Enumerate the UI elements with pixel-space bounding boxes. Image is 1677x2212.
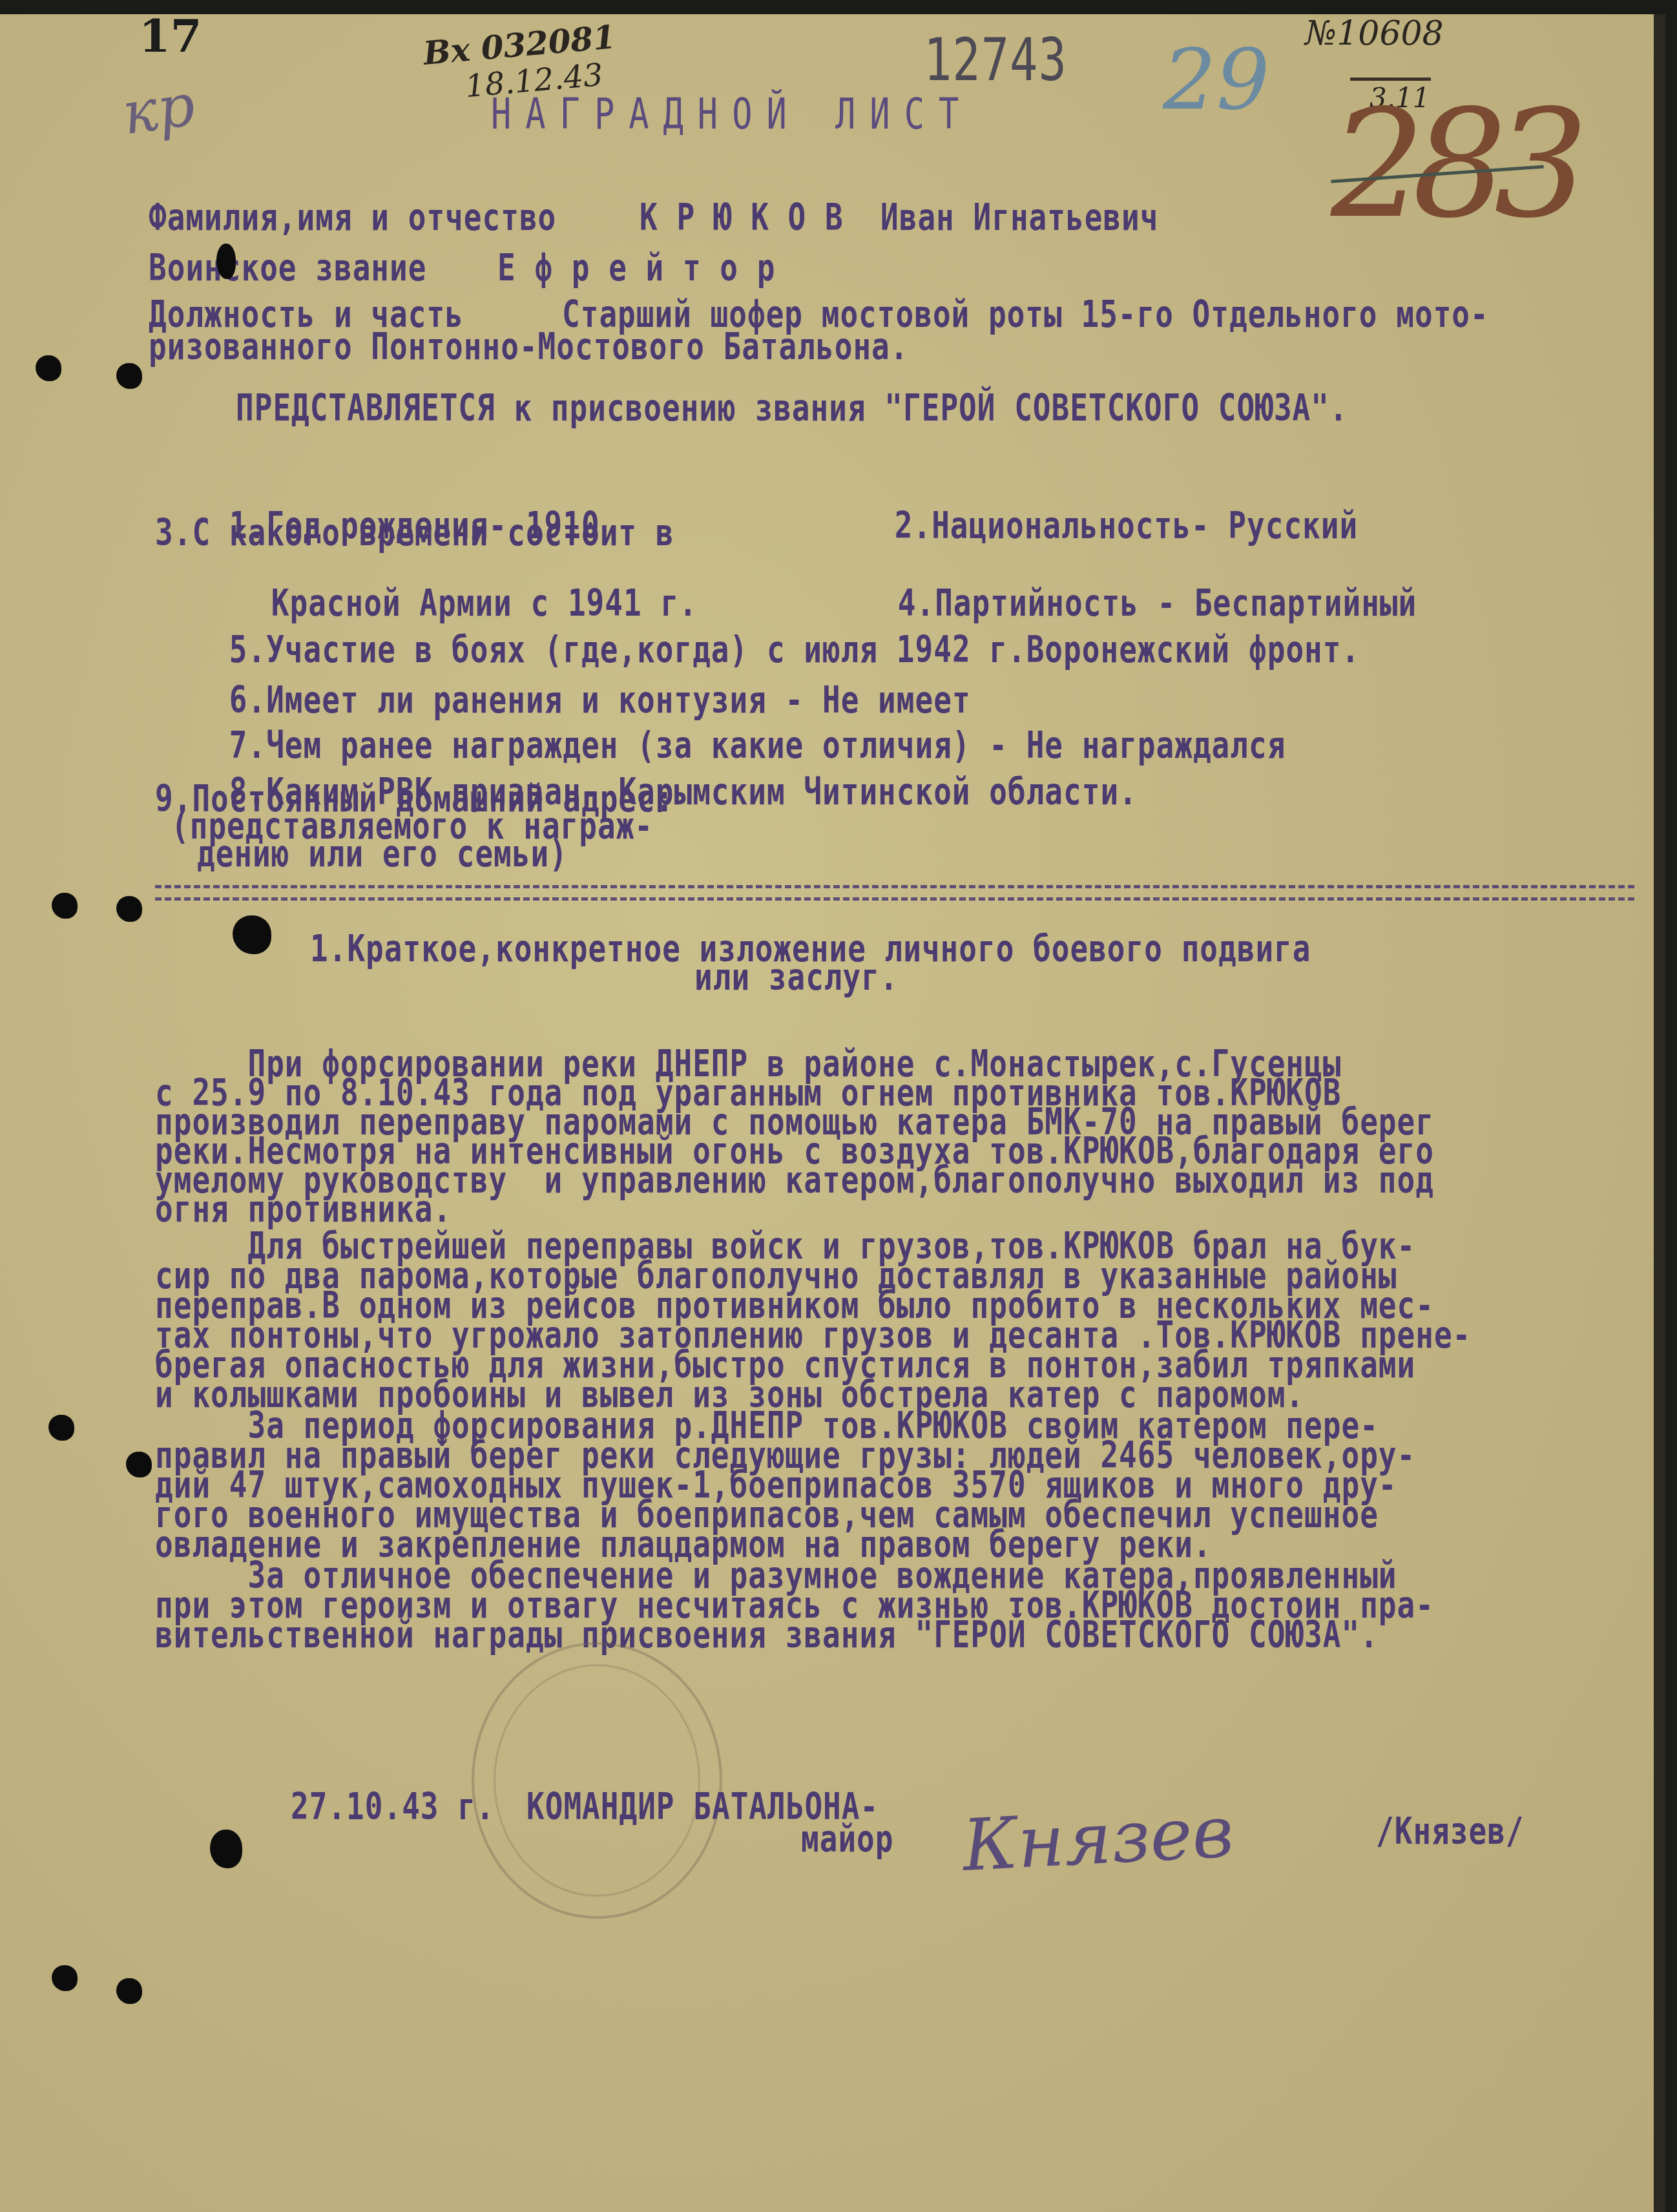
signature-title-line2: майор [801, 1817, 893, 1861]
signatory-name: /Князев/ [1376, 1809, 1525, 1853]
round-seal-stamp [472, 1642, 722, 1919]
punch-hole [48, 1415, 74, 1441]
punch-hole [210, 1830, 242, 1868]
punch-hole [52, 1965, 78, 1991]
position-value-line2: ризованного Понтонно-Мостового Батальона… [149, 324, 908, 368]
margin-mark: кр [118, 71, 199, 148]
field-address-label3: дению или его семьи) [197, 831, 568, 875]
punch-hole [52, 893, 78, 919]
section-title-line2: или заслуг. [694, 955, 899, 999]
name-value: К Р Ю К О В Иван Игнатьевич [640, 195, 1158, 239]
stamp-number: 12743 [924, 26, 1067, 94]
punch-hole [116, 363, 142, 389]
punch-hole [233, 915, 271, 954]
punch-hole [126, 1452, 152, 1477]
name-label: Фамилия,имя и отчество [149, 195, 556, 239]
punch-hole [36, 355, 61, 381]
body-line: вительственной награды присвоения звания… [155, 1612, 1379, 1656]
rank-value: Е ф р е й т о р [497, 245, 775, 289]
field-value: Карымским Читинской области. [618, 770, 1137, 814]
handwritten-signature: Князев [961, 1790, 1236, 1887]
rank-label: Воинское звание [149, 245, 426, 289]
corner-number: 17 [139, 9, 202, 63]
document-title: НАГРАДНОЙ ЛИСТ [491, 90, 973, 139]
punch-hole [216, 244, 236, 279]
nomination-line: ПРЕДСТАВЛЯЕТСЯ к присвоению звания "ГЕРО… [236, 386, 1348, 430]
top-right-number: №10608 [1305, 14, 1444, 53]
punch-hole [116, 1978, 142, 2004]
signature-date: 27.10.43 г. [291, 1784, 495, 1828]
award-sheet-page: 17 кр Вх 032081 18.12.43 12743 29 №10608… [0, 14, 1665, 2212]
blue-pencil-number: 29 [1163, 30, 1269, 129]
punch-hole [116, 896, 142, 922]
section-divider [155, 885, 1634, 901]
